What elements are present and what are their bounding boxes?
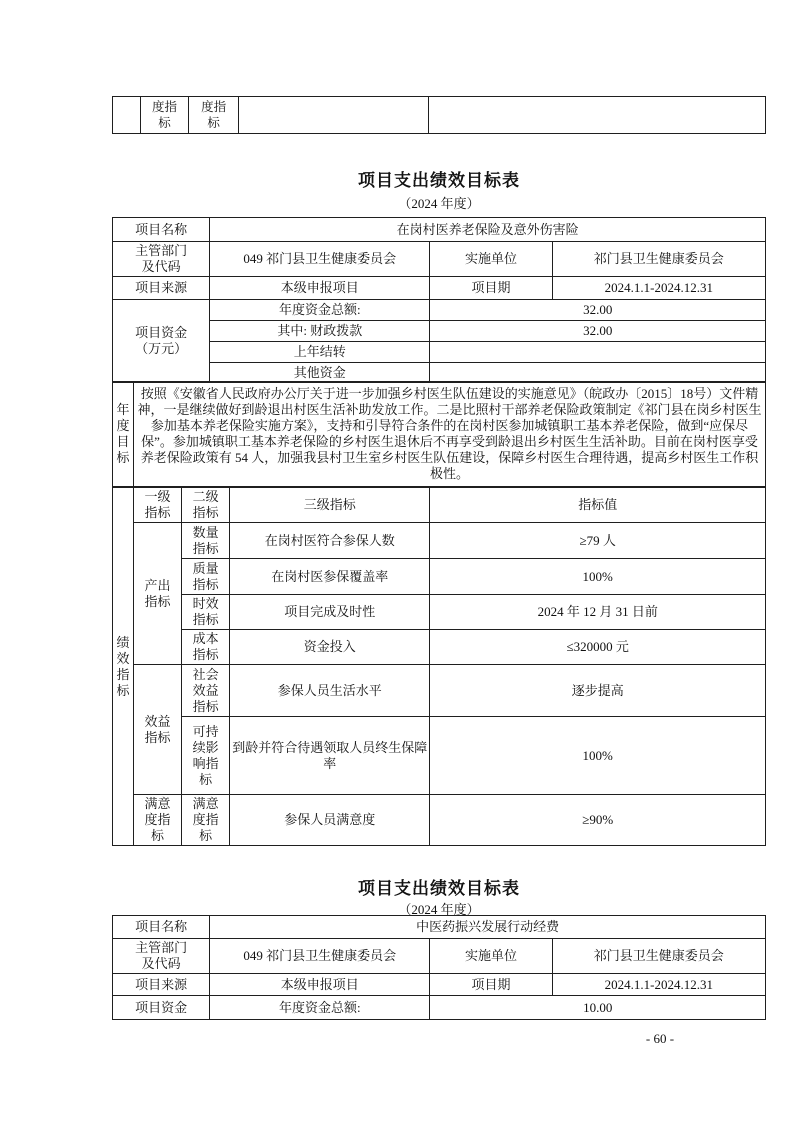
indicator-row-value: 100% — [430, 559, 766, 595]
funds-carryover-value — [430, 342, 766, 363]
project-source-label: 项目来源 — [113, 974, 210, 996]
funds-carryover-label: 上年结转 — [210, 342, 430, 363]
project-period-value: 2024.1.1-2024.12.31 — [552, 277, 765, 300]
indicator-row-value: ≥90% — [430, 795, 766, 846]
project-source-value: 本级申报项目 — [210, 974, 430, 996]
funds-total-label: 年度资金总额: — [210, 300, 430, 321]
fragment-cell-level2-tail: 度指 标 — [189, 97, 239, 134]
indicator-row-value: 逐步提高 — [430, 665, 766, 717]
funds-total-label: 年度资金总额: — [210, 996, 430, 1020]
table1-annual-goal: 年 度 目 标 按照《安徽省人民政府办公厅关于进一步加强乡村医生队伍建设的实施意… — [112, 381, 766, 487]
level1-output-label: 产出 指标 — [134, 523, 182, 665]
dept-code-label: 主管部门 及代码 — [113, 939, 210, 974]
indicator-row-level3: 参保人员生活水平 — [230, 665, 430, 717]
annual-goal-label: 年 度 目 标 — [113, 382, 134, 487]
indicator-row-level2: 数量 指标 — [182, 523, 230, 559]
project-period-label: 项目期 — [430, 974, 552, 996]
funds-total-value: 32.00 — [430, 300, 766, 321]
table1-funds: 项目资金 （万元） 年度资金总额: 32.00 其中: 财政拨款 32.00 上… — [112, 299, 766, 383]
funds-label: 项目资金 （万元） — [113, 300, 210, 383]
indicator-row-level3: 在岗村医符合参保人数 — [230, 523, 430, 559]
indicator-row-level3: 到龄并符合待遇领取人员终生保障率 — [230, 717, 430, 795]
indicator-row-value: 2024 年 12 月 31 日前 — [430, 595, 766, 630]
funds-other-label: 其他资金 — [210, 363, 430, 383]
project-period-value: 2024.1.1-2024.12.31 — [552, 974, 765, 996]
indicator-row-level2: 社会 效益 指标 — [182, 665, 230, 717]
impl-unit-label: 实施单位 — [430, 242, 552, 277]
indicator-row-value: ≤320000 元 — [430, 630, 766, 665]
project-name-value: 中医药振兴发展行动经费 — [210, 916, 766, 939]
dept-code-value: 049 祁门县卫生健康委员会 — [210, 242, 430, 277]
indicator-row-level3: 在岗村医参保覆盖率 — [230, 559, 430, 595]
project-source-value: 本级申报项目 — [210, 277, 430, 300]
project-name-label: 项目名称 — [113, 916, 210, 939]
page-number: - 60 - — [560, 1031, 760, 1047]
dept-code-label: 主管部门 及代码 — [113, 242, 210, 277]
funds-fiscal-label: 其中: 财政拨款 — [210, 321, 430, 342]
perf-indicator-label: 绩 效 指 标 — [113, 488, 134, 846]
document-page: 度指 标 度指 标 项目支出绩效目标表 （2024 年度） 项目名称 在岗村医养… — [0, 0, 793, 1122]
table1-title: 项目支出绩效目标表 — [112, 166, 766, 191]
indicator-row-level2: 质量 指标 — [182, 559, 230, 595]
project-source-label: 项目来源 — [113, 277, 210, 300]
indicator-value-header: 指标值 — [430, 488, 766, 523]
table2-info: 项目名称 中医药振兴发展行动经费 主管部门 及代码 049 祁门县卫生健康委员会… — [112, 915, 766, 996]
indicator-row-value: 100% — [430, 717, 766, 795]
level3-header: 三级指标 — [230, 488, 430, 523]
indicator-row-level3: 参保人员满意度 — [230, 795, 430, 846]
level1-header: 一级 指标 — [134, 488, 182, 523]
dept-code-value: 049 祁门县卫生健康委员会 — [210, 939, 430, 974]
indicator-row-level3: 资金投入 — [230, 630, 430, 665]
impl-unit-value: 祁门县卫生健康委员会 — [552, 242, 765, 277]
fragment-cell-level1-tail: 度指 标 — [141, 97, 189, 134]
indicator-row-level2: 可持 续影 响指 标 — [182, 717, 230, 795]
table2-funds: 项目资金 年度资金总额: 10.00 — [112, 995, 766, 1020]
project-name-label: 项目名称 — [113, 218, 210, 242]
funds-other-value — [430, 363, 766, 383]
table1-subtitle: （2024 年度） — [112, 193, 766, 212]
project-name-value: 在岗村医养老保险及意外伤害险 — [210, 218, 766, 242]
indicator-row-level3: 项目完成及时性 — [230, 595, 430, 630]
level2-header: 二级 指标 — [182, 488, 230, 523]
fragment-cell-spacer — [113, 97, 141, 134]
funds-label: 项目资金 — [113, 996, 210, 1020]
indicator-row-level2: 成本 指标 — [182, 630, 230, 665]
level1-satisfaction-label: 满意 度指 标 — [134, 795, 182, 846]
indicator-row-level2: 时效 指标 — [182, 595, 230, 630]
fragment-cell-value-empty — [429, 97, 766, 134]
impl-unit-value: 祁门县卫生健康委员会 — [552, 939, 765, 974]
fragment-table: 度指 标 度指 标 — [112, 96, 766, 134]
project-period-label: 项目期 — [430, 277, 552, 300]
table1-info: 项目名称 在岗村医养老保险及意外伤害险 主管部门 及代码 049 祁门县卫生健康… — [112, 217, 766, 300]
funds-fiscal-value: 32.00 — [430, 321, 766, 342]
annual-goal-text: 按照《安徽省人民政府办公厅关于进一步加强乡村医生队伍建设的实施意见》（皖政办〔2… — [134, 382, 766, 487]
indicator-row-level2: 满意 度指 标 — [182, 795, 230, 846]
indicator-row-value: ≥79 人 — [430, 523, 766, 559]
table2-title: 项目支出绩效目标表 — [112, 874, 766, 899]
fragment-cell-level3-empty — [239, 97, 429, 134]
funds-total-value: 10.00 — [430, 996, 766, 1020]
table1-indicators: 绩 效 指 标 一级 指标 二级 指标 三级指标 指标值 产出 指标 数量 指标… — [112, 487, 766, 846]
level1-benefit-label: 效益 指标 — [134, 665, 182, 795]
impl-unit-label: 实施单位 — [430, 939, 552, 974]
